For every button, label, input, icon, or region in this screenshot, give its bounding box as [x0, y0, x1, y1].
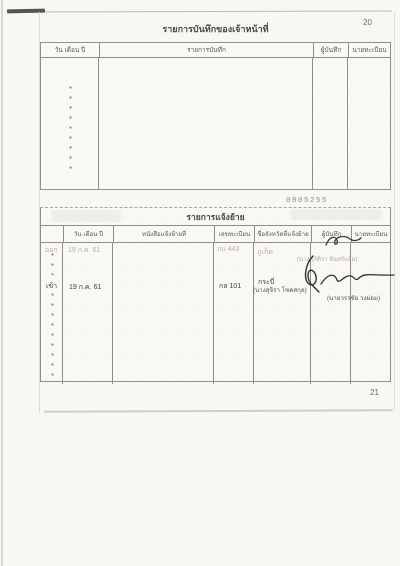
sheet-top-edge: [8, 10, 392, 12]
margin-dots: [51, 293, 54, 381]
move-table-separator: [112, 243, 113, 384]
row-in-registration: กล 101: [219, 281, 241, 292]
move-col-province: ชื่อจังหวัดที่แจ้งย้าย: [254, 226, 311, 242]
row-out-date: 19 ก.ค. 61: [68, 245, 100, 256]
record-col-date: วัน เดือน ปี: [41, 43, 99, 57]
sheet-bottom-edge: [44, 409, 393, 413]
bleed-through-mark: [51, 210, 121, 222]
record-table-separator: [347, 58, 348, 190]
record-table-separator: [312, 58, 313, 190]
move-col-direction: [41, 226, 63, 242]
signature-recorder-out: [323, 233, 363, 249]
record-table: วัน เดือน ปี รายการบันทึก ผู้บันทึก นายท…: [40, 42, 391, 190]
row-out-province: ภูเก็ต: [257, 247, 273, 258]
record-col-entry: รายการบันทึก: [99, 43, 313, 57]
margin-dots: [51, 253, 54, 275]
move-table-separator: [213, 243, 214, 384]
record-col-registrar: นายทะเบียน: [348, 43, 390, 57]
move-col-date: วัน เดือน ปี: [63, 226, 113, 242]
move-col-letter: หนังสือแจ้งย้ายที่: [113, 226, 214, 242]
signature-registrar-in: [297, 250, 397, 300]
row-out-direction: ออก: [45, 245, 58, 256]
scan-left-edge: [1, 0, 3, 566]
sheet-right-edge: [394, 12, 395, 410]
row-out-registration: กบ 443: [217, 244, 239, 255]
scanned-document-page: 20 21 รายการบันทึกของเจ้าหน้าที่ วัน เดื…: [0, 0, 400, 566]
row-in-date: 19 ก.ค. 61: [69, 282, 101, 293]
record-table-header: วัน เดือน ปี รายการบันทึก ผู้บันทึก นายท…: [41, 43, 390, 58]
bleed-through-mark: [291, 209, 381, 220]
move-col-regno: เลขทะเบียน: [214, 226, 254, 242]
row-in-direction: เข้า: [46, 281, 57, 292]
record-table-body: [41, 58, 390, 190]
record-table-title: รายการบันทึกของเจ้าหน้าที่: [40, 22, 391, 36]
record-col-recorder: ผู้บันทึก: [313, 43, 348, 57]
move-table-separator: [62, 243, 63, 384]
move-table-separator: [253, 243, 254, 384]
page-number-bottom: 21: [370, 388, 379, 397]
move-table: รายการแจ้งย้าย วัน เดือน ปี หนังสือแจ้งย…: [40, 207, 391, 382]
record-table-separator: [98, 58, 99, 190]
stamp-number: 0805255: [286, 197, 328, 205]
margin-dots: [69, 86, 72, 176]
